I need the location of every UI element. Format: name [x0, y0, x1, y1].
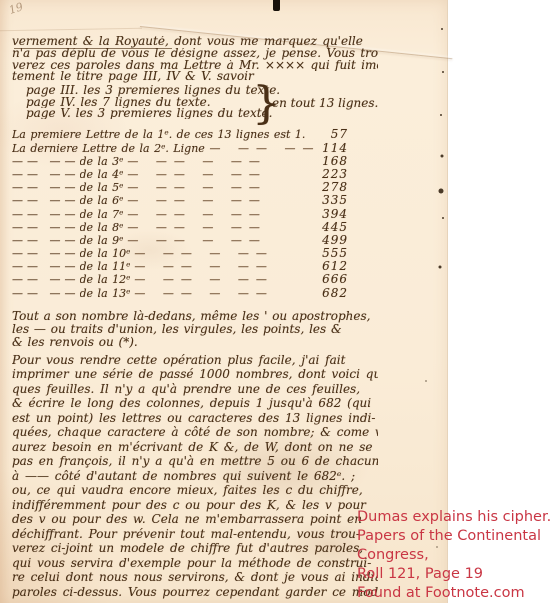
- caption-line: Roll 121, Page 19: [357, 565, 555, 584]
- row-left-dashes: —— ——: [12, 234, 80, 247]
- caption-line: Found at Footnote.com: [357, 584, 555, 603]
- binding-mark: [273, 0, 280, 11]
- row-left-dashes: —— ——: [12, 208, 80, 221]
- row-fill-dashes: — —— — ——: [123, 221, 314, 234]
- manuscript-line: ou, ce qui vaudra encore mieux, faites l…: [12, 483, 378, 498]
- manuscript-line: n'a pas déplu de vous le désigne assez, …: [12, 48, 378, 60]
- manuscript-line: indifféremment pour des c ou pour des K,…: [12, 498, 378, 513]
- manuscript-line: Pour vous rendre cette opération plus fa…: [12, 353, 378, 368]
- row-fill-dashes: — —— — ——: [123, 194, 314, 207]
- paragraph-apostrophes: Tout a son nombre là-dedans, même les ' …: [12, 310, 378, 349]
- caption-line: Dumas explains his cipher.: [357, 508, 555, 527]
- row-number: 394: [314, 208, 348, 221]
- manuscript-line: tement le titre page III, IV & V. savoir: [12, 71, 378, 83]
- row-fill-dashes: — —— — ——: [130, 287, 314, 300]
- row-label: de la 11ᵉ: [80, 260, 131, 273]
- row-left-dashes: —— ——: [12, 260, 80, 273]
- manuscript-line: & écrire le long des colonnes, depuis 1 …: [12, 396, 378, 411]
- manuscript-line: & les renvois ou (*).: [12, 336, 378, 349]
- paper-fold-crease-left: [0, 28, 142, 31]
- table-row: —— —— de la 3ᵉ — —— — —— 168: [12, 155, 348, 168]
- caption-line: Congress,: [357, 546, 555, 565]
- row-left-dashes: —— ——: [12, 181, 80, 194]
- table-row: La derniere Lettre de la 2ᵉ. Ligne est —…: [12, 142, 348, 155]
- ink-underline: [14, 48, 172, 49]
- paragraph-method: Pour vous rendre cette opération plus fa…: [12, 353, 378, 600]
- row-number: 445: [314, 221, 348, 234]
- row-left-dashes: —— ——: [12, 221, 80, 234]
- row-label: La derniere Lettre de la 2ᵉ. Ligne est: [12, 142, 206, 155]
- row-label: de la 6ᵉ: [80, 194, 124, 207]
- row-fill-dashes: — —— — ——: [123, 208, 314, 221]
- row-label: de la 13ᵉ: [80, 287, 131, 300]
- pencil-page-number: 19: [7, 0, 24, 17]
- row-number: 666: [314, 273, 348, 286]
- paper-edge-specks: [0, 0, 2, 2]
- letter-number-table: La premiere Lettre de la 1ᵉ. de ces 13 l…: [12, 128, 348, 299]
- row-fill-dashes: — —— — ——: [123, 155, 314, 168]
- row-fill-dashes: — —— — ——: [130, 273, 314, 286]
- manuscript-line: verez ci-joint un modele de chiffre fut …: [12, 541, 378, 556]
- row-fill-dashes: — —— — ——: [130, 247, 314, 260]
- manuscript-line: paroles ci-dessus. Vous pourrez cependan…: [12, 585, 378, 600]
- row-number: 114: [314, 142, 348, 155]
- row-left-dashes: —— ——: [12, 194, 80, 207]
- manuscript-line: ques feuilles. Il n'y a qu'à prendre une…: [12, 382, 378, 397]
- row-number: 335: [314, 194, 348, 207]
- manuscript-line: vernement & la Royauté, dont vous me mar…: [12, 36, 378, 48]
- row-left-dashes: —— ——: [12, 155, 80, 168]
- manuscript-line: aurez besoin en m'écrivant de K &, de W,…: [12, 440, 378, 455]
- page-reference-line: page III. les 3 premieres lignes du text…: [26, 85, 378, 96]
- table-row: —— —— de la 13ᵉ — —— — —— 682: [12, 287, 348, 300]
- manuscript-line: verez ces paroles dans ma Lettre à Mr. ×…: [12, 60, 378, 72]
- table-row: —— —— de la 8ᵉ — —— — —— 445: [12, 221, 348, 234]
- brace-annotation: en tout 13 lignes.: [272, 96, 378, 110]
- manuscript-line: qui vous servira d'exemple pour la métho…: [12, 556, 378, 571]
- row-fill-dashes: — —— — ——: [123, 181, 314, 194]
- row-label: de la 3ᵉ: [80, 155, 124, 168]
- caption-line: Papers of the Continental: [357, 527, 555, 546]
- manuscript-line: déchiffrant. Pour prévenir tout mal-ente…: [12, 527, 378, 542]
- row-fill-dashes: — —— — ——: [123, 234, 314, 247]
- table-row: —— —— de la 12ᵉ — —— — —— 666: [12, 273, 348, 286]
- manuscript-line: Tout a son nombre là-dedans, même les ' …: [12, 310, 378, 323]
- table-row: —— —— de la 6ᵉ — —— — —— 335: [12, 194, 348, 207]
- table-row: —— —— de la 7ᵉ — —— — —— 394: [12, 208, 348, 221]
- table-row: —— —— de la 5ᵉ — —— — —— 278: [12, 181, 348, 194]
- manuscript-line: les — ou traits d'union, les virgules, l…: [12, 323, 378, 336]
- manuscript-line: quées, chaque caractere à côté de son no…: [12, 425, 378, 440]
- manuscript-text: vernement & la Royauté, dont vous me mar…: [12, 36, 378, 599]
- row-label: de la 5ᵉ: [80, 181, 124, 194]
- row-label: de la 8ᵉ: [80, 221, 124, 234]
- row-label: de la 12ᵉ: [80, 273, 131, 286]
- row-label: de la 9ᵉ: [80, 234, 124, 247]
- paragraph-royaute: vernement & la Royauté, dont vous me mar…: [12, 36, 378, 83]
- row-left-dashes: —— ——: [12, 247, 80, 260]
- photo-caption: Dumas explains his cipher. Papers of the…: [357, 508, 555, 603]
- row-number: 682: [314, 287, 348, 300]
- row-label: de la 10ᵉ: [80, 247, 131, 260]
- table-row: —— —— de la 9ᵉ — —— — —— 499: [12, 234, 348, 247]
- row-fill-dashes: — —— ——: [206, 142, 314, 155]
- row-number: 57: [314, 128, 348, 141]
- document-scan-view: 19 vernement & la Royauté, dont vous me …: [0, 0, 555, 603]
- row-left-dashes: —— ——: [12, 273, 80, 286]
- manuscript-line: imprimer une série de passé 1000 nombres…: [12, 367, 378, 382]
- table-row: —— —— de la 10ᵉ — —— — —— 555: [12, 247, 348, 260]
- row-left-dashes: —— ——: [12, 287, 80, 300]
- row-fill-dashes: — —— — ——: [130, 260, 314, 273]
- page-reference-list: page III. les 3 premieres lignes du text…: [26, 85, 378, 119]
- table-row: —— —— de la 11ᵉ — —— — —— 612: [12, 260, 348, 273]
- manuscript-line: des v ou pour des w. Cela ne m'embarrass…: [12, 512, 378, 527]
- row-fill-dashes: — —— — ——: [123, 168, 314, 181]
- row-number: 168: [314, 155, 348, 168]
- row-left-dashes: —— ——: [12, 168, 80, 181]
- manuscript-line: pas en françois, il n'y a qu'à en mettre…: [12, 454, 378, 469]
- table-row: La premiere Lettre de la 1ᵉ. de ces 13 l…: [12, 128, 348, 141]
- row-label: de la 7ᵉ: [80, 208, 124, 221]
- row-label: La premiere Lettre de la 1ᵉ. de ces 13 l…: [12, 128, 306, 141]
- manuscript-line: est un point) les lettres ou caracteres …: [12, 411, 378, 426]
- table-row: —— —— de la 4ᵉ — —— — —— 223: [12, 168, 348, 181]
- manuscript-line: re celui dont nous nous servirons, & don…: [12, 570, 378, 585]
- row-label: de la 4ᵉ: [80, 168, 124, 181]
- manuscript-line: à —— côté d'autant de nombres qui suiven…: [12, 469, 378, 484]
